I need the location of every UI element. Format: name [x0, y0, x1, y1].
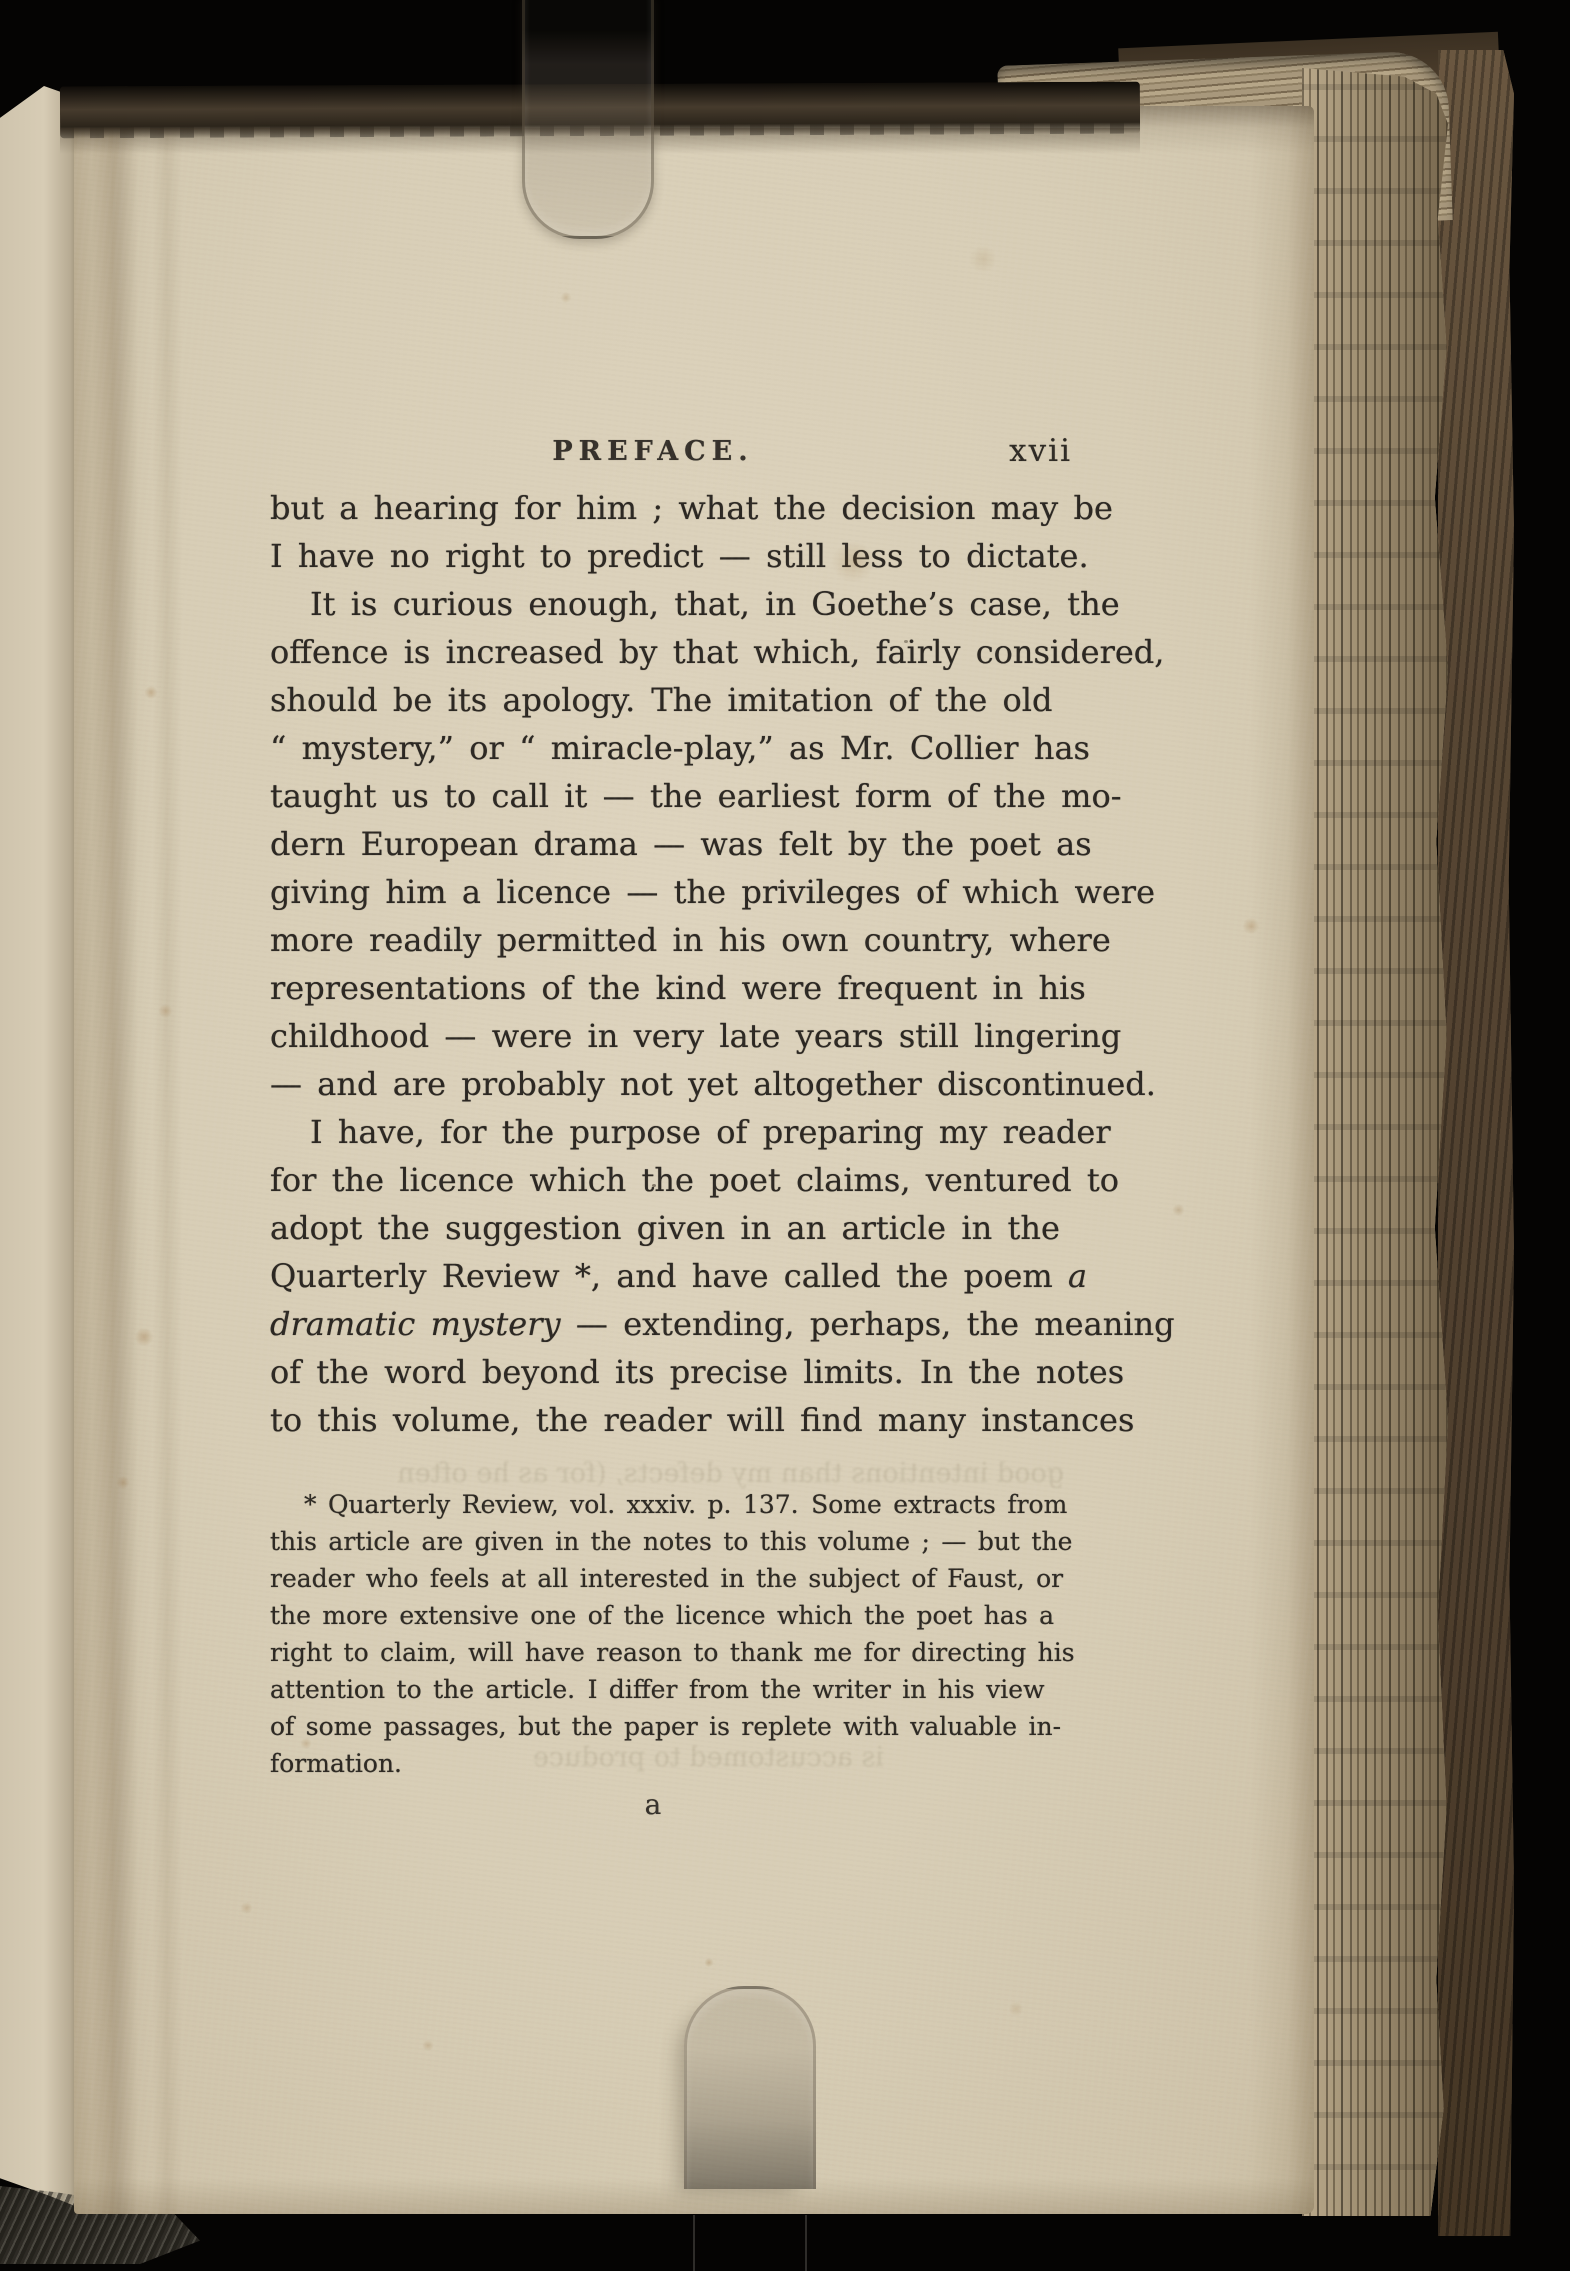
foxing-spot	[560, 292, 572, 303]
body-line: of the word beyond its precise limits. I…	[270, 1348, 1036, 1396]
body-text: but a hearing for him ; what the decisio…	[270, 484, 1036, 1444]
body-line: giving him a licence — the privileges of…	[270, 868, 1036, 916]
foxing-spot	[704, 1958, 714, 1967]
body-line: should be its apology. The imitation of …	[270, 676, 1036, 724]
footnote: * Quarterly Review, vol. xxxiv. p. 137. …	[270, 1486, 1036, 1782]
body-line: dramatic mystery — extending, perhaps, t…	[270, 1300, 1036, 1348]
book-photo: PREFACE. xvii but a hearing for him ; wh…	[0, 0, 1570, 2271]
body-line: childhood — were in very late years stil…	[270, 1012, 1036, 1060]
foxing-spot	[968, 246, 998, 272]
foxing-spot	[1172, 1204, 1185, 1216]
body-line: I have, for the purpose of preparing my …	[270, 1108, 1036, 1156]
facing-page-edge-left	[0, 86, 80, 2208]
page-number: xvii	[1009, 433, 1072, 469]
body-line: for the licence which the poet claims, v…	[270, 1156, 1036, 1204]
footnote-line: attention to the article. I differ from …	[270, 1671, 1036, 1708]
show-through-text: is accustomed to produce	[224, 1742, 884, 1773]
page-clamp-bottom	[684, 1986, 816, 2189]
body-line: It is curious enough, that, in Goethe’s …	[270, 580, 1036, 628]
foxing-spot	[1242, 918, 1260, 934]
body-line: adopt the suggestion given in an article…	[270, 1204, 1036, 1252]
book-page: PREFACE. xvii but a hearing for him ; wh…	[74, 106, 1314, 2214]
foxing-spot	[1008, 2002, 1024, 2016]
footnote-line: * Quarterly Review, vol. xxxiv. p. 137. …	[270, 1486, 1036, 1523]
gutter-crease	[152, 106, 182, 2214]
body-line: Quarterly Review *, and have called the …	[270, 1252, 1036, 1300]
footnote-line: right to claim, will have reason to than…	[270, 1634, 1036, 1671]
body-line: — and are probably not yet altogether di…	[270, 1060, 1036, 1108]
footnote-line: of some passages, but the paper is reple…	[270, 1708, 1036, 1745]
body-line: I have no right to predict — still less …	[270, 532, 1036, 580]
page-clamp-top	[522, 0, 654, 239]
gutter-crease	[92, 106, 138, 2214]
page-title: PREFACE.	[270, 436, 1036, 467]
signature-mark: a	[270, 1788, 1036, 1821]
body-line: taught us to call it — the earliest form…	[270, 772, 1036, 820]
footnote-line: reader who feels at all interested in th…	[270, 1560, 1036, 1597]
body-line: offence is increased by that which, fair…	[270, 628, 1036, 676]
show-through-text: good intentions than my defects, (for as…	[284, 1458, 1064, 1489]
footnote-line: the more extensive one of the licence wh…	[270, 1597, 1036, 1634]
body-line: representations of the kind were frequen…	[270, 964, 1036, 1012]
body-line: more readily permitted in his own countr…	[270, 916, 1036, 964]
book-cover-board-right	[1438, 50, 1514, 2236]
page-edges-right	[1302, 68, 1448, 2216]
body-line: dern European drama — was felt by the po…	[270, 820, 1036, 868]
footnote-line: this article are given in the notes to t…	[270, 1523, 1036, 1560]
body-line: but a hearing for him ; what the decisio…	[270, 484, 1036, 532]
foxing-spot	[240, 1902, 253, 1914]
page-header: PREFACE. xvii	[270, 436, 1036, 476]
body-line: to this volume, the reader will find man…	[270, 1396, 1036, 1444]
foxing-spot	[422, 2040, 434, 2051]
body-line: “ mystery,” or “ miracle-play,” as Mr. C…	[270, 724, 1036, 772]
